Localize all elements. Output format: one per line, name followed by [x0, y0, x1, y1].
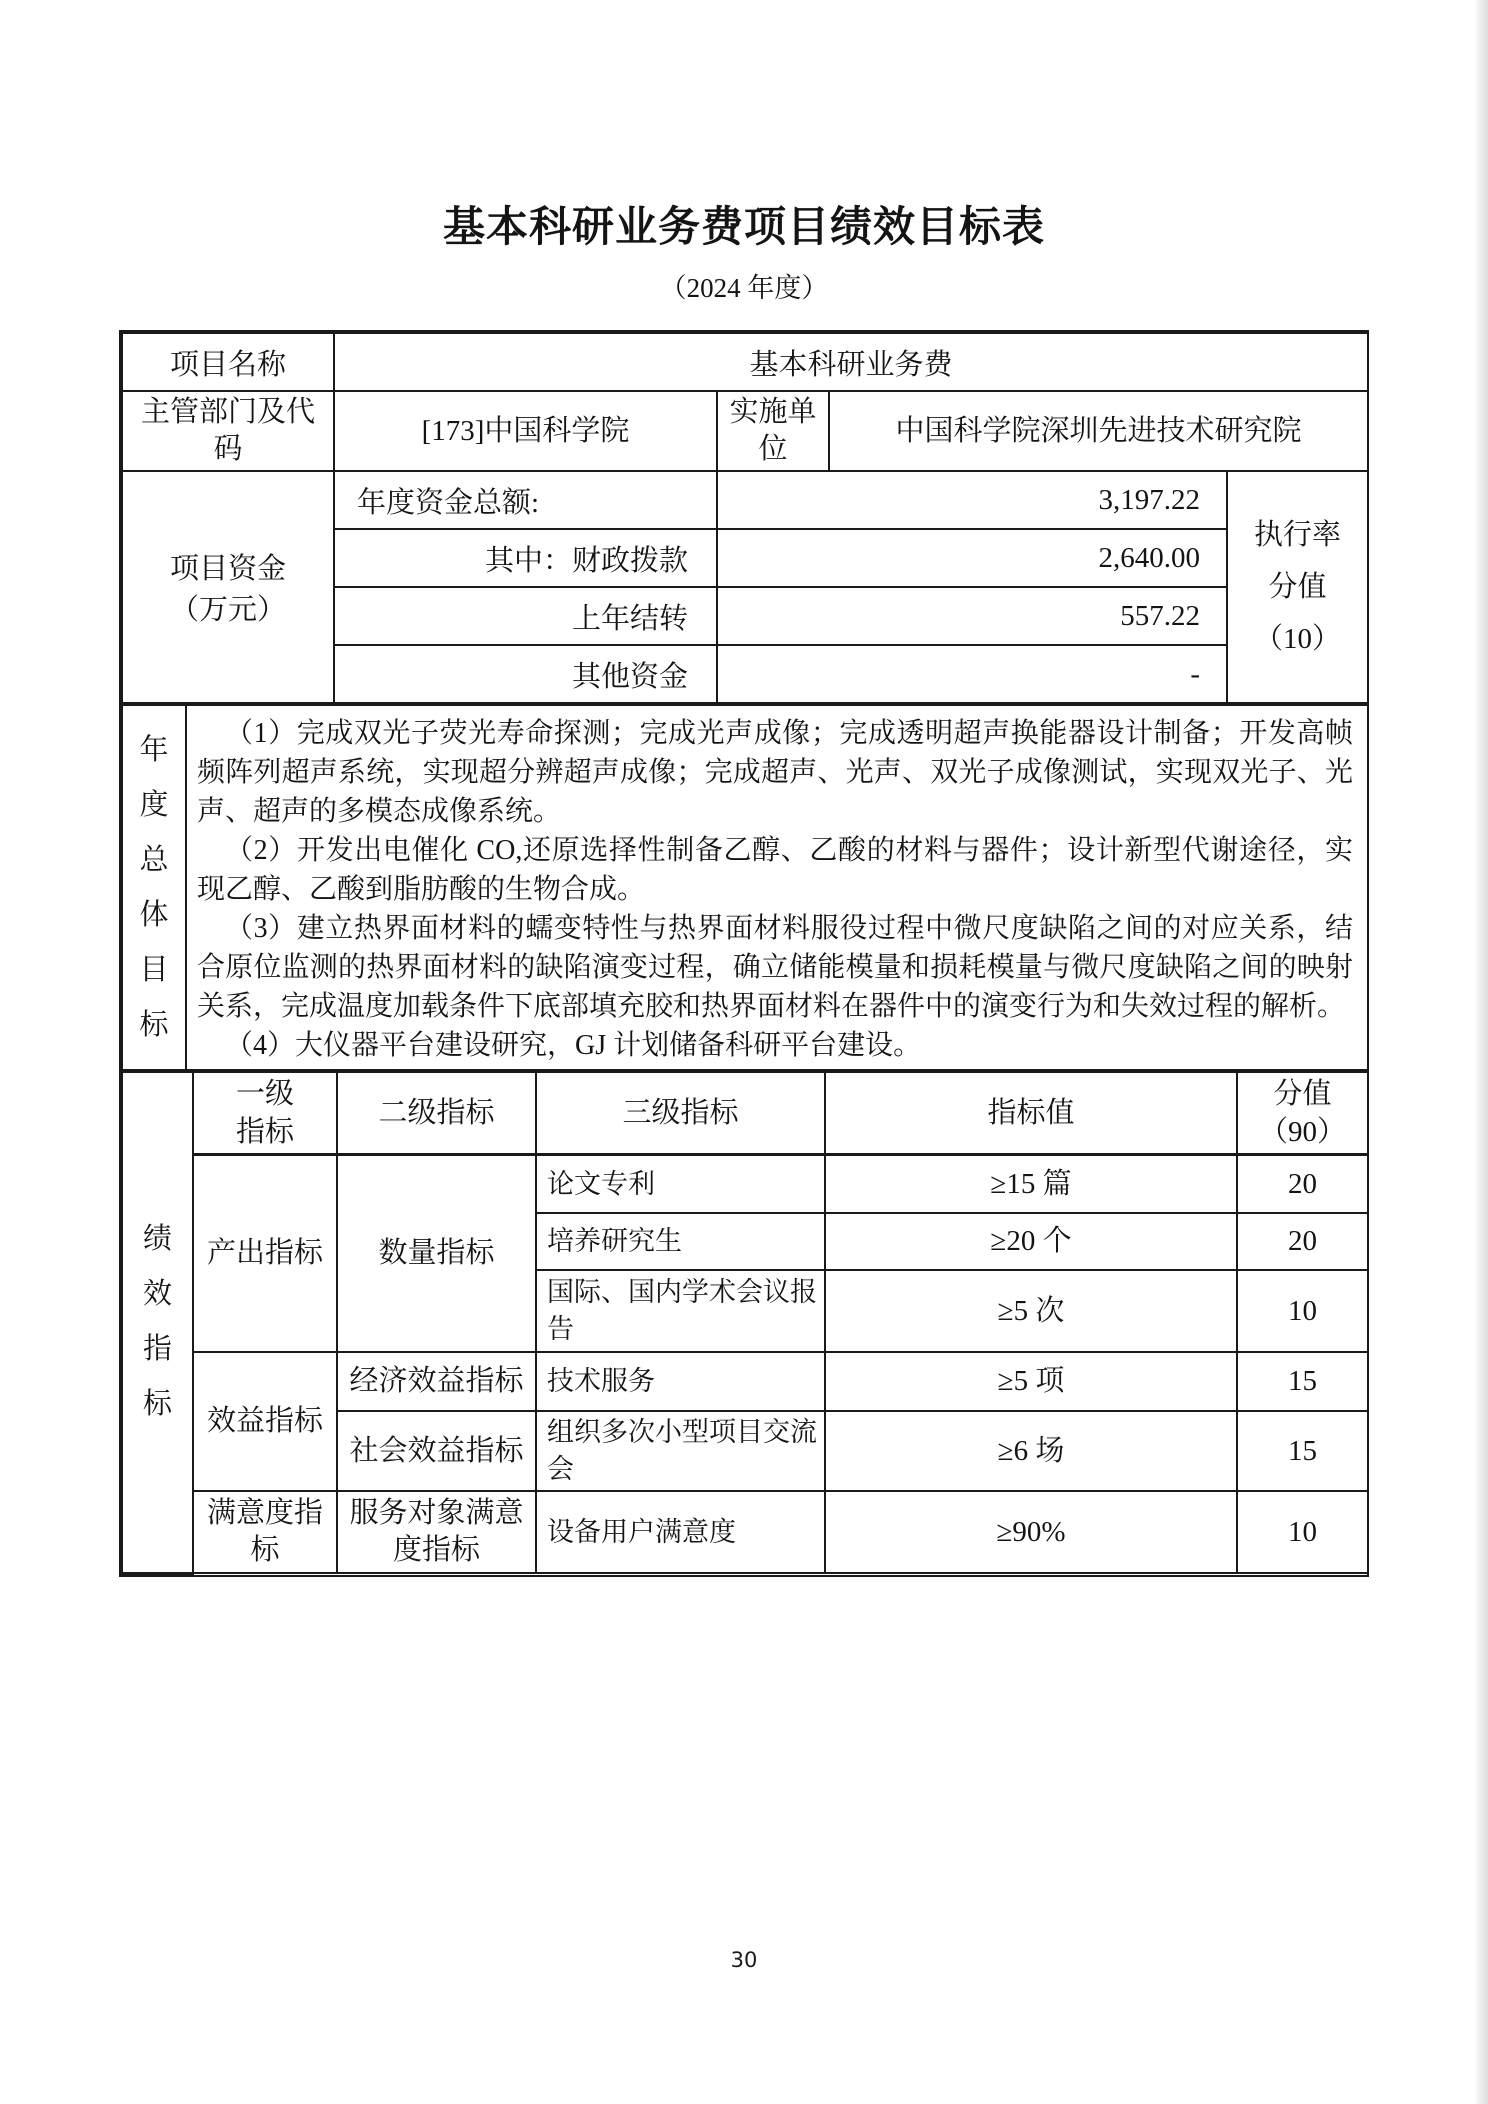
goal-paragraph-3: （3）建立热界面材料的蠕变特性与热界面材料服役过程中微尺度缺陷之间的对应关系，结…: [197, 909, 1353, 1026]
document-page: 基本科研业务费项目绩效目标表 （2024 年度） 项目名称 基本科研业务费 主管…: [0, 0, 1488, 2104]
funding-appropriation-label: 其中：财政拨款: [334, 529, 717, 587]
indicators-label: 绩效指标: [141, 1212, 174, 1432]
scan-edge-shadow: [1474, 0, 1488, 2104]
department-label: 主管部门及代码: [122, 391, 334, 471]
score-papers: 20: [1237, 1155, 1368, 1214]
page-number: 30: [0, 1948, 1488, 1972]
level1-output: 产出指标: [193, 1155, 337, 1353]
value-conferences: ≥5 次: [825, 1270, 1237, 1352]
level1-benefit: 效益指标: [193, 1352, 337, 1491]
annual-goal-row: 年度总体目标 （1）完成双光子荧光寿命探测；完成光声成像；完成透明超声换能器设计…: [122, 705, 1368, 1070]
project-name-row: 项目名称 基本科研业务费: [122, 333, 1368, 391]
header-value: 指标值: [825, 1072, 1237, 1155]
level3-exchange: 组织多次小型项目交流会: [536, 1411, 825, 1491]
level3-conferences: 国际、国内学术会议报告: [536, 1270, 825, 1352]
funding-row-total: 项目资金 （万元） 年度资金总额: 3,197.22 执行率 分值（10）: [122, 471, 1368, 529]
value-papers: ≥15 篇: [825, 1155, 1237, 1214]
indicators-section: 绩效指标 一级 指标 二级指标 三级指标 指标值 分值 （90） 产出指标 数量…: [121, 1071, 1369, 1575]
level2-economic: 经济效益指标: [337, 1352, 536, 1411]
project-info-section: 项目名称 基本科研业务费 主管部门及代码 [173]中国科学院 实施单位 中国科…: [121, 332, 1369, 704]
annual-goal-label: 年度总体目标: [138, 723, 171, 1053]
funding-total-label: 年度资金总额:: [334, 471, 717, 529]
funding-label: 项目资金 （万元）: [122, 471, 334, 703]
score-students: 20: [1237, 1213, 1368, 1270]
indicator-row-tech-service: 效益指标 经济效益指标 技术服务 ≥5 项 15: [122, 1352, 1368, 1411]
level2-service-target: 服务对象满意度指标: [337, 1491, 536, 1573]
funding-carryover-value: 557.22: [717, 587, 1227, 645]
level2-social: 社会效益指标: [337, 1411, 536, 1491]
level3-students: 培养研究生: [536, 1213, 825, 1270]
level1-satisfaction: 满意度指标: [193, 1491, 337, 1573]
implementer-label: 实施单位: [717, 391, 829, 471]
funding-total-value: 3,197.22: [717, 471, 1227, 529]
project-name-label: 项目名称: [122, 333, 334, 391]
header-score: 分值 （90）: [1237, 1072, 1368, 1155]
level3-tech-service: 技术服务: [536, 1352, 825, 1411]
indicators-label-cell: 绩效指标: [122, 1072, 193, 1573]
indicator-row-satisfaction: 满意度指标 服务对象满意度指标 设备用户满意度 ≥90% 10: [122, 1491, 1368, 1573]
performance-target-table: 项目名称 基本科研业务费 主管部门及代码 [173]中国科学院 实施单位 中国科…: [119, 330, 1369, 1577]
value-exchange: ≥6 场: [825, 1411, 1237, 1491]
project-name-value: 基本科研业务费: [334, 333, 1368, 391]
indicator-row-papers: 产出指标 数量指标 论文专利 ≥15 篇 20: [122, 1155, 1368, 1214]
goal-paragraph-4: （4）大仪器平台建设研究，GJ 计划储备科研平台建设。: [197, 1026, 1353, 1065]
goal-paragraph-1: （1）完成双光子荧光寿命探测；完成光声成像；完成透明超声换能器设计制备；开发高帧…: [197, 714, 1353, 831]
annual-goal-label-cell: 年度总体目标: [122, 705, 186, 1070]
indicators-header-row: 绩效指标 一级 指标 二级指标 三级指标 指标值 分值 （90）: [122, 1072, 1368, 1155]
score-tech-service: 15: [1237, 1352, 1368, 1411]
header-level3: 三级指标: [536, 1072, 825, 1155]
execution-rate-label: 执行率 分值（10）: [1227, 471, 1368, 703]
value-students: ≥20 个: [825, 1213, 1237, 1270]
score-user-satisfaction: 10: [1237, 1491, 1368, 1573]
score-conferences: 10: [1237, 1270, 1368, 1352]
header-level2: 二级指标: [337, 1072, 536, 1155]
header-level1: 一级 指标: [193, 1072, 337, 1155]
department-row: 主管部门及代码 [173]中国科学院 实施单位 中国科学院深圳先进技术研究院: [122, 391, 1368, 471]
funding-appropriation-value: 2,640.00: [717, 529, 1227, 587]
funding-other-value: -: [717, 645, 1227, 703]
document-subtitle: （2024 年度）: [0, 273, 1488, 303]
value-user-satisfaction: ≥90%: [825, 1491, 1237, 1573]
funding-other-label: 其他资金: [334, 645, 717, 703]
goal-paragraph-2: （2）开发出电催化 CO,还原选择性制备乙醇、乙酸的材料与器件；设计新型代谢途径…: [197, 831, 1353, 909]
score-exchange: 15: [1237, 1411, 1368, 1491]
funding-carryover-label: 上年结转: [334, 587, 717, 645]
level3-papers: 论文专利: [536, 1155, 825, 1214]
annual-goal-text: （1）完成双光子荧光寿命探测；完成光声成像；完成透明超声换能器设计制备；开发高帧…: [186, 705, 1368, 1070]
level2-quantity: 数量指标: [337, 1155, 536, 1353]
implementer-value: 中国科学院深圳先进技术研究院: [829, 391, 1368, 471]
department-value: [173]中国科学院: [334, 391, 717, 471]
value-tech-service: ≥5 项: [825, 1352, 1237, 1411]
level3-user-satisfaction: 设备用户满意度: [536, 1491, 825, 1573]
annual-goal-section: 年度总体目标 （1）完成双光子荧光寿命探测；完成光声成像；完成透明超声换能器设计…: [121, 704, 1369, 1071]
document-title: 基本科研业务费项目绩效目标表: [0, 0, 1488, 252]
